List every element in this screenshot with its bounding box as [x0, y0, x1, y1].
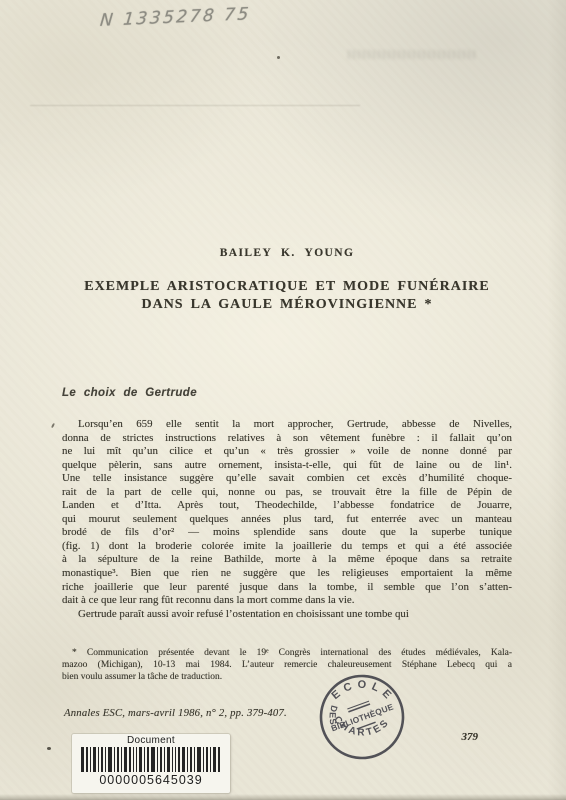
body-line: riche joaillerie que leur parenté jusque… [62, 581, 512, 595]
ink-speck [51, 423, 55, 428]
body-line: dait à ce que leur rang fût reconnu dans… [62, 594, 512, 608]
body-line: quelque pèlerin, sans autre ornement, in… [62, 459, 512, 473]
page-number: 379 [450, 731, 478, 743]
body-line: à la sépulture de la reine Bathilde, mor… [62, 553, 512, 567]
article-title: EXEMPLE ARISTOCRATIQUE ET MODE FUNÉRAIRE… [62, 278, 512, 313]
body-paragraphs: Lorsqu’en 659 elle sentit la mort approc… [62, 418, 512, 621]
barcode-sticker: Document 0 [72, 734, 230, 793]
body-line: qui mourut seulement quelques années plu… [62, 513, 512, 527]
body-line: donna de strictes instructions relatives… [62, 432, 512, 446]
body-line: Une telle insistance suggère qu’elle sav… [62, 472, 512, 486]
body-line: rait de la part de celle qui, nonne ou p… [62, 486, 512, 500]
ink-speck [277, 56, 280, 59]
article-title-line1: EXEMPLE ARISTOCRATIQUE ET MODE FUNÉRAIRE [62, 278, 512, 296]
page-edge-shadow-bottom [0, 794, 566, 800]
paper-crease [30, 105, 360, 106]
body-line: Gertrude paraît aussi avoir refusé l’ost… [62, 608, 512, 622]
body-line: ne lui mît qu’un cilice et qu’un « très … [62, 445, 512, 459]
article-title-line2: DANS LA GAULE MÉROVINGIENNE * [62, 296, 512, 314]
body-line: Landen et d’Itta. Après tout, Theodechil… [62, 499, 512, 513]
library-round-stamp: ECOLE CHARTES DES BIBLIOTHÈQUE [315, 670, 410, 765]
page-edge-shadow-right [548, 0, 566, 800]
barcode [81, 747, 221, 772]
bleed-through-smudge [347, 50, 475, 59]
footnote-line: mazoo (Michigan), 10-13 mai 1984. L’aute… [62, 659, 512, 671]
author-name: BAILEY K. YOUNG [62, 247, 512, 259]
body-line: Lorsqu’en 659 elle sentit la mort approc… [62, 418, 512, 432]
body-line: brodé de fils d’or² — moins splendide sa… [62, 526, 512, 540]
handwritten-accession-number: N 1335278 75 [99, 1, 321, 31]
scanned-document-page: N 1335278 75 BAILEY K. YOUNG EXEMPLE ARI… [0, 0, 566, 800]
ink-speck [47, 747, 51, 750]
body-line: monastique³. Bien que rien ne suggère qu… [62, 567, 512, 581]
body-line: (fig. 1) dont la broderie colorée imite … [62, 540, 512, 554]
section-heading: Le choix de Gertrude [62, 387, 197, 399]
barcode-number: 0000005645039 [72, 772, 230, 789]
footnote: * Communication présentée devant le 19ᵉ … [62, 647, 512, 683]
footnote-line: bien voulu assumer la tâche de traductio… [62, 671, 512, 683]
barcode-sticker-label: Document [72, 734, 230, 747]
journal-reference: Annales ESC, mars-avril 1986, n° 2, pp. … [64, 707, 287, 719]
footnote-line: * Communication présentée devant le 19ᵉ … [62, 647, 512, 659]
